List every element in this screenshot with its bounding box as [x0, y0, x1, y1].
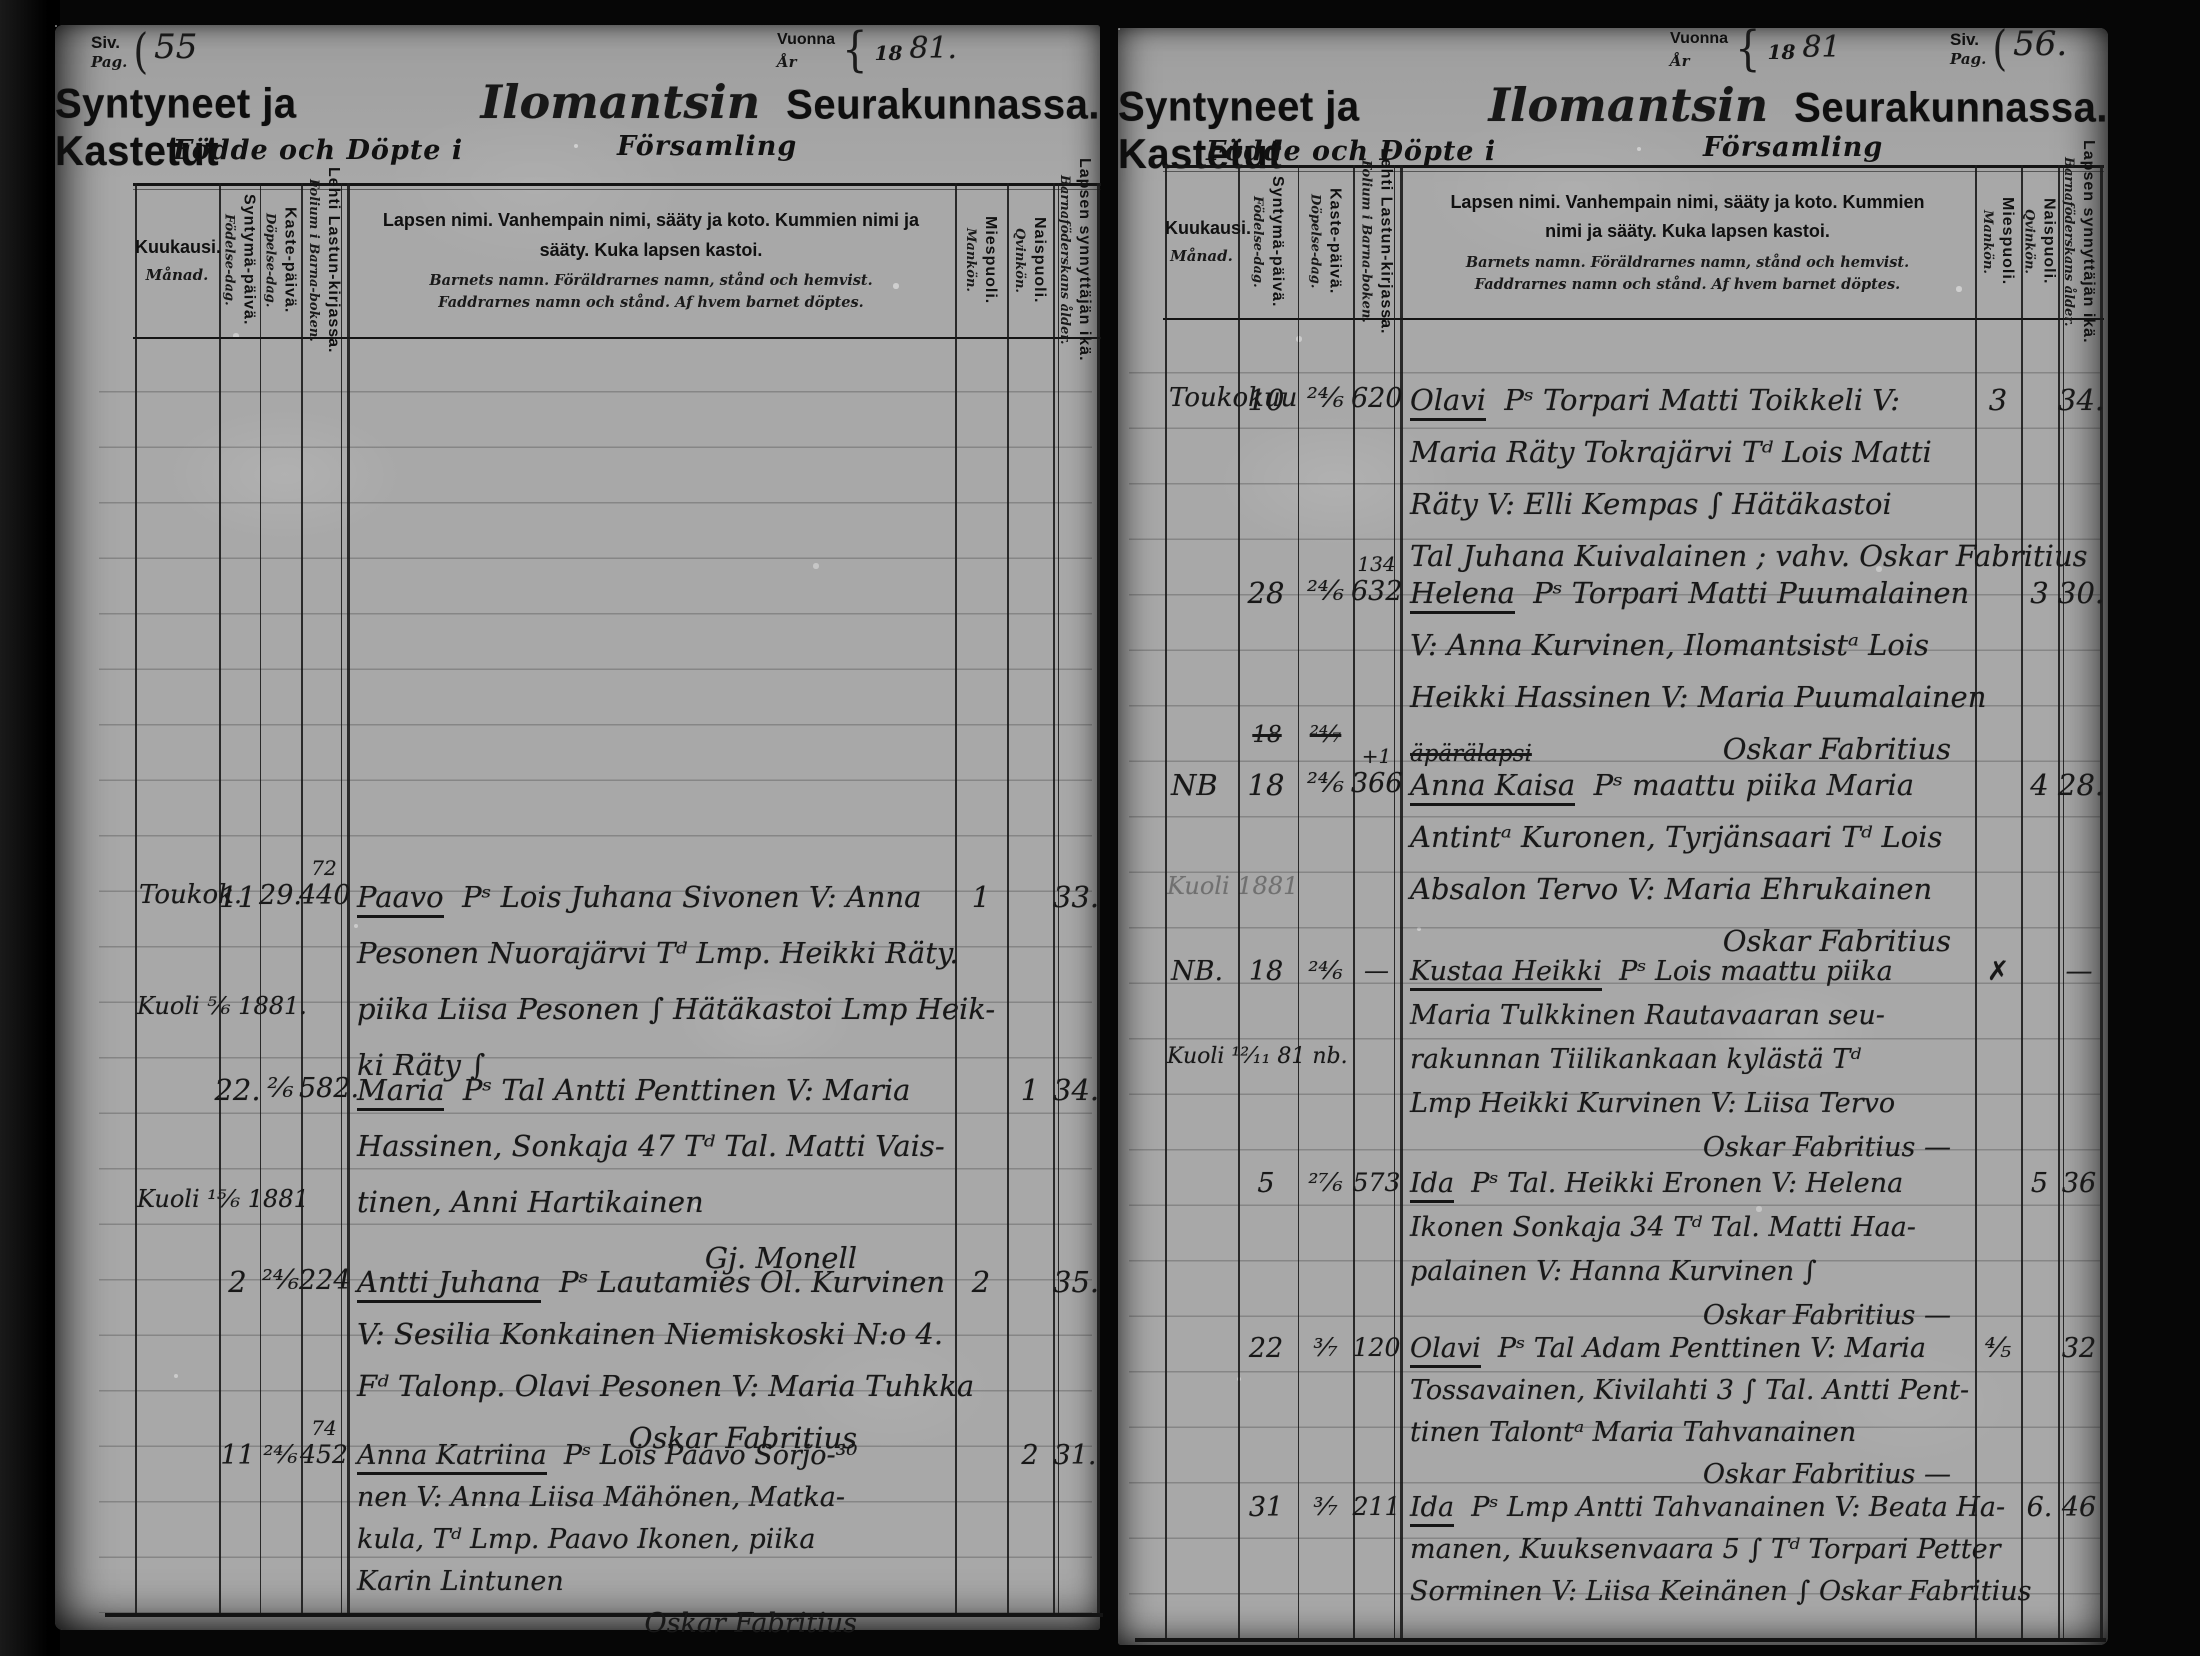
entry-folio: 582.: [299, 1073, 349, 1104]
entry-line-4: Karin Lintunen: [357, 1566, 947, 1597]
entry-child-name: Ida: [1410, 1492, 1454, 1527]
header-sv: Barnaföderskans ålder.: [2061, 157, 2076, 327]
header-fi: Syntymä-päivä.: [240, 194, 258, 325]
col-header-month: Kuukausi.Månad.: [1165, 173, 1238, 310]
col-header-male: Miespuoli.Mankön.: [1975, 171, 2021, 312]
entry-line-3: Räty V: Elli Kempas ∫ Hätäkastoi: [1410, 487, 1967, 521]
col-header-birth_day: Syntymä-päivä.Födelse-dag.: [1238, 171, 1298, 312]
entry-baptism-day-struck: ²⁴⁄₇: [1296, 722, 1355, 748]
header-fi: Lapsen synnyttäjän ikä.: [2079, 140, 2097, 344]
entry-child-name: Maria: [357, 1073, 444, 1111]
column-rule: [1165, 165, 1167, 1638]
entry-folio: 573: [1351, 1168, 1402, 1197]
entry-margin-mark: NB.: [1171, 956, 1223, 987]
entry-folio: 224: [299, 1265, 349, 1296]
entry-line-1: Antti Juhana Pˢ Lautamies Ol. Kurvinen: [357, 1265, 947, 1299]
header-sv: Döpelse-dag.: [1308, 194, 1323, 288]
entry-female-count: 2: [1007, 1440, 1053, 1471]
entry-line-2: Maria Tulkkinen Rautavaaran seu-: [1410, 1000, 1967, 1031]
entry-death-note: Kuoli ¹²⁄₁₁ 81 nb.: [1167, 1044, 1348, 1069]
entry-child-name: Anna Katriina: [357, 1440, 547, 1475]
entry-female-count: 5: [2021, 1168, 2058, 1199]
main-header-fi: Lapsen nimi. Vanhempain nimi, sääty ja k…: [1434, 188, 1941, 247]
entry-mother-age: 32: [2058, 1333, 2100, 1364]
entry-baptism-day: ²⁴⁄₆: [1294, 576, 1357, 607]
entry-line-3: Sorminen V: Liisa Keinänen ∫ Oskar Fabri…: [1410, 1576, 1967, 1607]
entry-child-name: Ida: [1410, 1168, 1454, 1203]
entry-line-2: manen, Kuuksenvaara 5 ∫ Tᵈ Torpari Pette…: [1410, 1534, 1967, 1565]
entry-male-count: 1: [955, 880, 1007, 914]
entry-baptism-day: ²⁴⁄₆: [1294, 956, 1357, 985]
entry-birth-day: 11: [213, 1440, 262, 1471]
entry-child-name: Olavi: [1410, 383, 1486, 421]
entry-baptizer-signature: Oskar Fabritius —: [1410, 1132, 1967, 1163]
entry-male-count: ⁴⁄₅: [1975, 1333, 2021, 1364]
entry-birth-day: 11: [213, 880, 262, 914]
month-header-sv: Månad.: [135, 266, 219, 284]
entry-folio-extra: 72: [301, 856, 347, 880]
entry-baptizer-signature: Oskar Fabritius —: [1410, 1459, 1967, 1490]
entry-baptism-day: ²⁄₆: [256, 1073, 305, 1104]
entry-line-1: Anna Katriina Pˢ Lois Paavo Sorjo-³⁰: [357, 1440, 947, 1471]
header-sv: Barnaföderskans ålder.: [1057, 175, 1072, 345]
column-rule: [135, 183, 137, 1613]
entry-birth-day: 18: [1232, 956, 1300, 987]
entry-death-note: Kuoli 1881: [1167, 872, 1298, 900]
entry-death-note: Kuoli ⁵⁄₆ 1881.: [137, 992, 307, 1020]
entry-line-2: V: Anna Kurvinen, Ilomantsistᵃ Lois: [1410, 628, 1967, 662]
entry-baptism-day: ²⁴⁄₆: [256, 1265, 305, 1296]
col-header-main: Lapsen nimi. Vanhempain nimi, sääty ja k…: [347, 193, 955, 327]
header-fi: Lapsen synnyttäjän ikä.: [1075, 158, 1093, 362]
main-header-fi: Lapsen nimi. Vanhempain nimi, sääty ja k…: [381, 206, 921, 265]
entry-line-2: nen V: Anna Liisa Mähönen, Matka-: [357, 1482, 947, 1513]
header-sv: Folium i Barna-boken.: [306, 179, 321, 342]
header-fi: Kaste-päivä.: [1326, 188, 1344, 294]
entry-line-4: Lmp Heikki Kurvinen V: Liisa Tervo: [1410, 1088, 1967, 1119]
table-top-rule: [1163, 165, 2104, 168]
entry-line-1: Ida Pˢ Tal. Heikki Eronen V: Helena: [1410, 1168, 1967, 1199]
entry-birth-day: 10: [1232, 383, 1300, 417]
microfilm-scan: Siv. Pag. ( 55 Vuonna År { 18 81. Syntyn…: [0, 0, 2200, 1656]
entry-male-count: ✗: [1975, 956, 2021, 987]
entry-mother-age: 30.: [2058, 576, 2100, 610]
col-header-female: Naispuoli.Qvinkön.: [2021, 171, 2058, 312]
table-bottom-rule: [1135, 1638, 2106, 1642]
col-header-male: Miespuoli.Mankön.: [955, 189, 1007, 331]
entry-line-1: Anna Kaisa Pˢ maattu piika Maria: [1410, 768, 1967, 802]
entry-baptizer-signature: Oskar Fabritius: [1410, 924, 1967, 958]
entry-baptism-day: ²⁷⁄₆: [1294, 1168, 1357, 1197]
entry-female-count: 3: [2021, 576, 2058, 610]
entry-margin-mark: NB: [1171, 768, 1218, 802]
entry-line-3: palainen V: Hanna Kurvinen ∫: [1410, 1256, 1967, 1287]
entry-child-name: Antti Juhana: [357, 1265, 541, 1303]
entry-line-3: tinen, Anni Hartikainen: [357, 1185, 947, 1219]
month-header-sv: Månad.: [1165, 247, 1238, 265]
entry-line-1: Kustaa Heikki Pˢ Lois maattu piika: [1410, 956, 1967, 987]
entry-line-1: Paavo Pˢ Lois Juhana Sivonen V: Anna: [357, 880, 947, 914]
main-header-sv: Barnets namn. Föräldrarnes namn, stånd o…: [1434, 252, 1941, 296]
col-header-birth_day: Syntymä-päivä.Födelse-dag.: [219, 189, 260, 331]
col-header-mother_age: Lapsen synnyttäjän ikä.Barnaföderskans å…: [2058, 171, 2100, 312]
entry-birth-day: 22.: [213, 1073, 262, 1107]
entry-death-note: Kuoli ¹⁵⁄₆ 1881: [137, 1185, 309, 1213]
col-header-folio: Lehti Lastun-kirjassa.Folium i Barna-bok…: [1353, 171, 1400, 312]
entry-folio: —: [1351, 956, 1402, 985]
entry-mother-age: 34.: [2058, 383, 2100, 417]
header-sv: Mankön.: [1980, 210, 1995, 274]
entry-child-name: Paavo: [357, 880, 444, 918]
header-sv: Qvinkön.: [1012, 228, 1027, 293]
register-table: Kuukausi.Månad.Syntymä-päivä.Födelse-dag…: [55, 25, 1100, 1630]
main-header-sv: Barnets namn. Föräldrarnes namn, stånd o…: [381, 270, 921, 314]
entry-folio-extra: 134: [1353, 552, 1400, 576]
entry-line-3: tinen Talontᵃ Maria Tahvanainen: [1410, 1417, 1967, 1448]
entry-mother-age: 31.: [1053, 1440, 1097, 1471]
entry-line-1: Helena Pˢ Torpari Matti Puumalainen: [1410, 576, 1967, 610]
entry-mother-age: 36: [2058, 1168, 2100, 1199]
header-sv: Födelse-dag.: [1250, 196, 1265, 288]
col-header-folio: Lehti Lastun-kirjassa.Folium i Barna-bok…: [301, 189, 347, 331]
entry-line-3: piika Liisa Pesonen ∫ Hätäkastoi Lmp Hei…: [357, 992, 947, 1026]
header-fi: Lehti Lastun-kirjassa.: [324, 167, 342, 354]
header-fi: Kaste-päivä.: [281, 207, 299, 313]
entry-line-1: Olavi Pˢ Torpari Matti Toikkeli V:: [1410, 383, 1967, 417]
entry-mother-age: 34.: [1053, 1073, 1097, 1107]
entry-child-name: Anna Kaisa: [1410, 768, 1575, 806]
entry-line-2: Tossavainen, Kivilahti 3 ∫ Tal. Antti Pe…: [1410, 1375, 1967, 1406]
entry-folio: 620: [1351, 383, 1402, 414]
header-fi: Miespuoli.: [1998, 197, 2016, 285]
entry-male-count: 3: [1975, 383, 2021, 417]
entry-folio: 211: [1351, 1492, 1402, 1521]
entry-folio: 120: [1351, 1333, 1402, 1362]
entry-mother-age: 35.: [1053, 1265, 1097, 1299]
entry-folio: 632: [1351, 576, 1402, 607]
col-header-main: Lapsen nimi. Vanhempain nimi, sääty ja k…: [1400, 175, 1975, 308]
column-rule: [1007, 183, 1009, 1613]
entry-child-name: Olavi: [1410, 1333, 1481, 1368]
entry-male-count: 2: [955, 1265, 1007, 1299]
header-fi: Miespuoli.: [981, 216, 999, 304]
entry-line-4: Tal Juhana Kuivalainen ; vahv. Oskar Fab…: [1410, 539, 1967, 573]
header-fi: Syntymä-päivä.: [1268, 176, 1286, 307]
entry-birth-day-struck: 18: [1234, 722, 1300, 748]
entry-line-2: Hassinen, Sonkaja 47 Tᵈ Tal. Matti Vais-: [357, 1129, 947, 1163]
entry-line-3: kula, Tᵈ Lmp. Paavo Ikonen, piika: [357, 1524, 947, 1555]
entry-baptism-day: ²⁴⁄₆: [256, 1440, 305, 1469]
header-fi: Naispuoli.: [2040, 198, 2058, 284]
entry-folio: 440: [299, 880, 349, 911]
entry-birth-day: 2: [213, 1265, 262, 1299]
entry-birth-day: 18: [1232, 768, 1300, 802]
header-fi: Lehti Lastun-kirjassa.: [1377, 148, 1395, 335]
entry-baptism-day: ³⁄₇: [1294, 1492, 1357, 1521]
entry-baptizer-signature: Oskar Fabritius —: [1410, 1300, 1967, 1331]
entry-line-1: Ida Pˢ Lmp Antti Tahvanainen V: Beata Ha…: [1410, 1492, 1967, 1523]
entry-line-2: Ikonen Sonkaja 34 Tᵈ Tal. Matti Haa-: [1410, 1212, 1967, 1243]
header-sv: Mankön.: [963, 228, 978, 292]
entry-folio-extra: +1: [1353, 744, 1400, 768]
entry-birth-day: 28: [1232, 576, 1300, 610]
entry-female-count: 4: [2021, 768, 2058, 802]
entry-line-2: Maria Räty Tokrajärvi Tᵈ Lois Matti: [1410, 435, 1967, 469]
entry-mother-age: 33.: [1053, 880, 1097, 914]
entry-line-1: Olavi Pˢ Tal Adam Penttinen V: Maria: [1410, 1333, 1967, 1364]
entry-female-count: 6.: [2021, 1492, 2058, 1523]
entry-baptizer-signature: Oskar Fabritius: [357, 1608, 947, 1639]
entry-folio: 452: [299, 1440, 349, 1469]
entry-child-name: Helena: [1410, 576, 1515, 614]
entry-birth-day: 31: [1232, 1492, 1300, 1523]
entry-baptism-day: ³⁄₇: [1294, 1333, 1357, 1362]
entry-struck-label: äpärälapsi: [1410, 741, 1532, 767]
header-sv: Qvinkön.: [2022, 209, 2037, 274]
register-page-left: Siv. Pag. ( 55 Vuonna År { 18 81. Syntyn…: [55, 25, 1100, 1630]
col-header-mother_age: Lapsen synnyttäjän ikä.Barnaföderskans å…: [1053, 189, 1097, 331]
entry-baptism-day: 29.: [256, 880, 305, 911]
header-sv: Folium i Barna-boken.: [1359, 160, 1374, 323]
col-header-baptism_day: Kaste-päivä.Döpelse-dag.: [260, 189, 301, 331]
entry-line-3: Heikki Hassinen V: Maria Puumalainen: [1410, 680, 1967, 714]
entry-folio-extra: 74: [301, 1416, 347, 1440]
entry-line-2: Pesonen Nuorajärvi Tᵈ Lmp. Heikki Räty.: [357, 936, 947, 970]
header-fi: Naispuoli.: [1030, 217, 1048, 303]
entry-line-3: Absalon Tervo V: Maria Ehrukainen: [1410, 872, 1967, 906]
month-header-fi: Kuukausi.: [1165, 218, 1238, 239]
entry-baptism-day: ²⁴⁄₆: [1294, 383, 1357, 414]
entry-mother-age: —: [2058, 956, 2100, 987]
month-header-fi: Kuukausi.: [135, 237, 219, 258]
entry-female-count: 1: [1007, 1073, 1053, 1107]
register-page-right: Vuonna År { 18 81 Siv. Pag. ( 56. Syntyn…: [1118, 28, 2108, 1645]
entry-mother-age: 46: [2058, 1492, 2100, 1523]
entry-line-3: Fᵈ Talonp. Olavi Pesonen V: Maria Tuhkka: [357, 1369, 947, 1403]
entry-line-2: Antintᵃ Kuronen, Tyrjänsaari Tᵈ Lois: [1410, 820, 1967, 854]
header-bottom-rule: [1163, 318, 2104, 320]
col-header-female: Naispuoli.Qvinkön.: [1007, 189, 1053, 331]
header-sv: Födelse-dag.: [222, 214, 237, 306]
register-table: Kuukausi.Månad.Syntymä-päivä.Födelse-dag…: [1118, 28, 2108, 1645]
entry-birth-day: 5: [1232, 1168, 1300, 1199]
entry-birth-day: 22: [1232, 1333, 1300, 1364]
col-header-month: Kuukausi.Månad.: [135, 191, 219, 329]
entry-folio: 366: [1351, 768, 1402, 799]
entry-line-1: Maria Pˢ Tal Antti Penttinen V: Maria: [357, 1073, 947, 1107]
column-rule: [2021, 165, 2023, 1638]
header-sv: Döpelse-dag.: [263, 213, 278, 307]
entry-baptism-day: ²⁴⁄₆: [1294, 768, 1357, 799]
entry-line-2: V: Sesilia Konkainen Niemiskoski N:o 4.: [357, 1317, 947, 1351]
entry-line-3: rakunnan Tiilikankaan kylästä Tᵈ: [1410, 1044, 1967, 1075]
entry-child-name: Kustaa Heikki: [1410, 956, 1602, 991]
col-header-baptism_day: Kaste-päivä.Döpelse-dag.: [1298, 171, 1353, 312]
entry-mother-age: 28.: [2058, 768, 2100, 802]
